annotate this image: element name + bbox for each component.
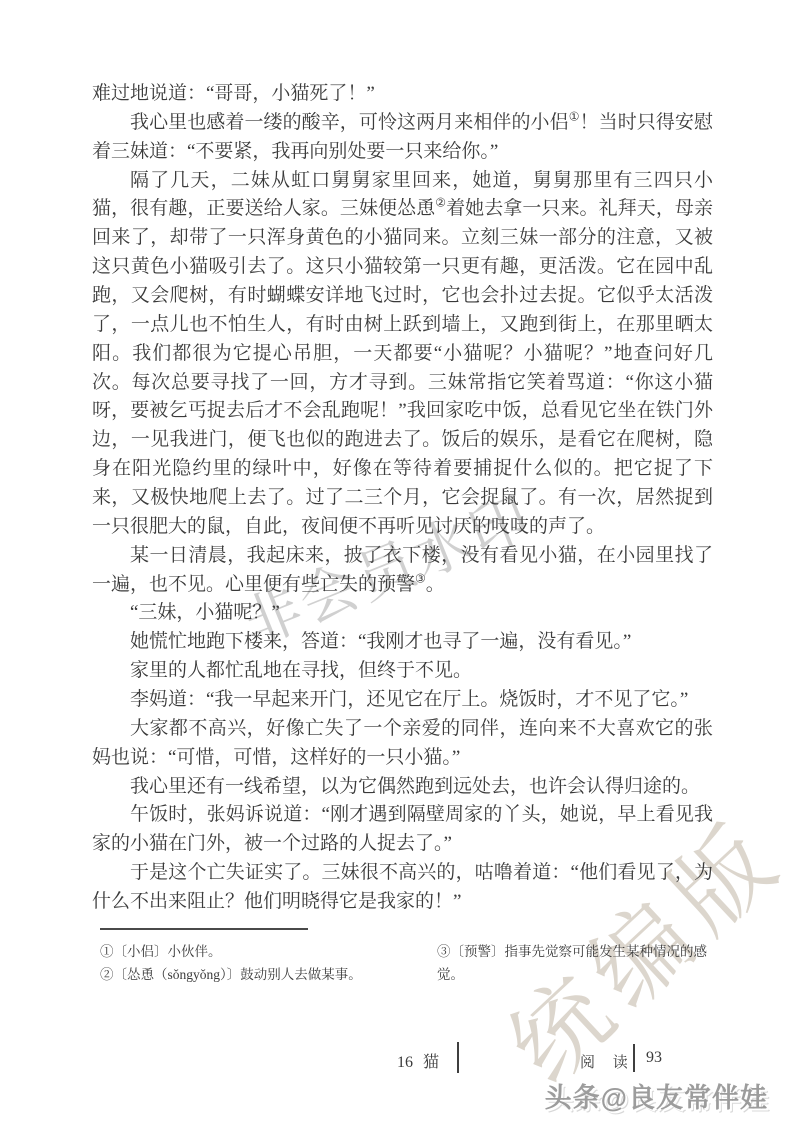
footer-lesson-title: 16 猫 — [397, 1049, 439, 1072]
footnote: ③〔预警〕指事先觉察可能发生某种情况的感觉。 — [437, 941, 716, 986]
watermark-byline: 头条@良友常伴娃 — [545, 1076, 768, 1115]
paragraph: 午饭时，张妈诉说道：“刚才遇到隔壁周家的丫头，她说，早上看见我家的小猫在门外，被… — [92, 801, 713, 859]
footer-section-label: 阅 读 — [580, 1051, 635, 1072]
footnotes-right-column: ③〔预警〕指事先觉察可能发生某种情况的感觉。 — [437, 941, 716, 986]
paragraph: 家里的人都忙乱地在寻找，但终于不见。 — [92, 657, 713, 686]
paragraph: 隔了几天，二妹从虹口舅舅家里回来，她道，舅舅那里有三四只小猫，很有趣，正要送给人… — [92, 167, 713, 542]
footnotes-section: ①〔小侣〕小伙伴。 ②〔怂恿（sǒngyǒng）〕鼓动别人去做某事。 ③〔预警〕… — [100, 928, 716, 986]
paragraph: “三妹，小猫呢？” — [92, 599, 713, 628]
footnote: ②〔怂恿（sǒngyǒng）〕鼓动别人去做某事。 — [100, 964, 437, 987]
paragraph: 某一日清晨，我起床来，披了衣下楼，没有看见小猫，在小园里找了一遍，也不见。心里便… — [92, 542, 713, 600]
footnote: ①〔小侣〕小伙伴。 — [100, 941, 437, 964]
paragraph: 难过地说道：“哥哥，小猫死了！” — [92, 80, 713, 109]
paragraph: 于是这个亡失证实了。三妹很不高兴的，咕噜着道：“他们看见了，为什么不出来阻止？他… — [92, 859, 713, 917]
footer-divider-bar — [457, 1042, 459, 1073]
paragraph: 我心里也感着一缕的酸辛，可怜这两月来相伴的小侣①！当时只得安慰着三妹道：“不要紧… — [92, 109, 713, 167]
paragraph: 她慌忙地跑下楼来，答道：“我刚才也寻了一遍，没有看见。” — [92, 628, 713, 657]
paragraph: 大家都不高兴，好像亡失了一个亲爱的同伴，连向来不大喜欢它的张妈也说：“可惜，可惜… — [92, 715, 713, 773]
footnote-separator — [100, 928, 308, 930]
footer-divider-bar — [633, 1044, 635, 1072]
paragraph: 李妈道：“我一早起来开门，还见它在厅上。烧饭时，才不见了它。” — [92, 686, 713, 715]
footer-page-number: 93 — [646, 1049, 662, 1067]
article-body: 难过地说道：“哥哥，小猫死了！” 我心里也感着一缕的酸辛，可怜这两月来相伴的小侣… — [92, 80, 713, 917]
textbook-page: 非会员水印 统编版 头条@良友常伴娃 难过地说道：“哥哥，小猫死了！” 我心里也… — [0, 0, 794, 1121]
paragraph: 我心里还有一线希望，以为它偶然跑到远处去，也许会认得归途的。 — [92, 773, 713, 802]
footnotes-left-column: ①〔小侣〕小伙伴。 ②〔怂恿（sǒngyǒng）〕鼓动别人去做某事。 — [100, 941, 437, 986]
